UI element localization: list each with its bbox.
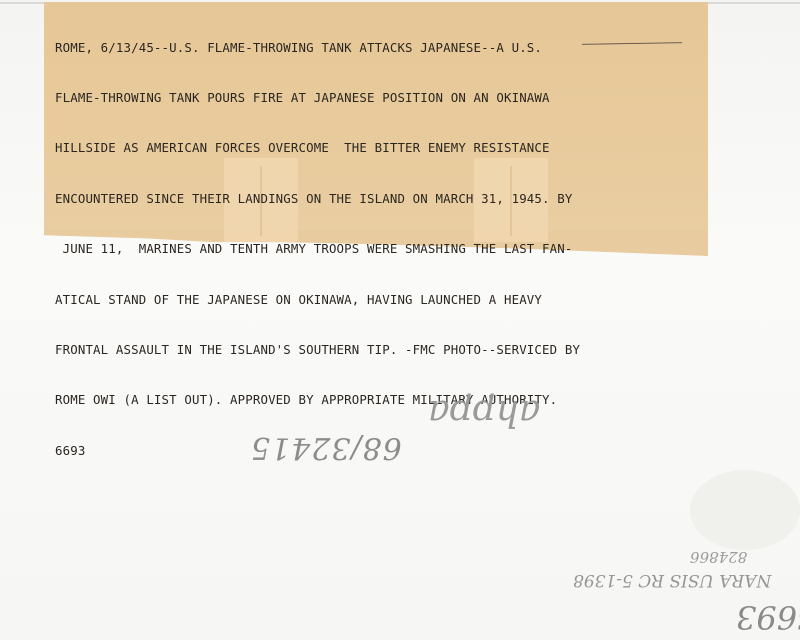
caption-line: FRONTAL ASSAULT IN THE ISLAND'S SOUTHERN… [55, 342, 705, 359]
handwritten-archive-id: 68/32415 [250, 430, 402, 465]
handwritten-note: ahppa [428, 392, 540, 433]
caption-line: JUNE 11, MARINES AND TENTH ARMY TROOPS W… [55, 241, 705, 258]
handwritten-record-number: 824866 [690, 548, 747, 566]
typed-caption: ROME, 6/13/45--U.S. FLAME-THROWING TANK … [55, 6, 705, 493]
paper-stain [690, 470, 800, 550]
caption-line: ROME, 6/13/45--U.S. FLAME-THROWING TANK … [55, 40, 705, 57]
handwritten-record-reference: NARA USIS RC 5-1398 [573, 570, 771, 590]
caption-line: ENCOUNTERED SINCE THEIR LANDINGS ON THE … [55, 191, 705, 208]
photo-back-paper: ROME, 6/13/45--U.S. FLAME-THROWING TANK … [0, 0, 800, 640]
caption-line: FLAME-THROWING TANK POURS FIRE AT JAPANE… [55, 90, 705, 107]
caption-line: ATICAL STAND OF THE JAPANESE ON OKINAWA,… [55, 292, 705, 309]
caption-line: HILLSIDE AS AMERICAN FORCES OVERCOME THE… [55, 140, 705, 157]
caption-line: ROME OWI (A LIST OUT). APPROVED BY APPRO… [55, 392, 705, 409]
handwritten-photo-number: 6693 [736, 598, 800, 636]
